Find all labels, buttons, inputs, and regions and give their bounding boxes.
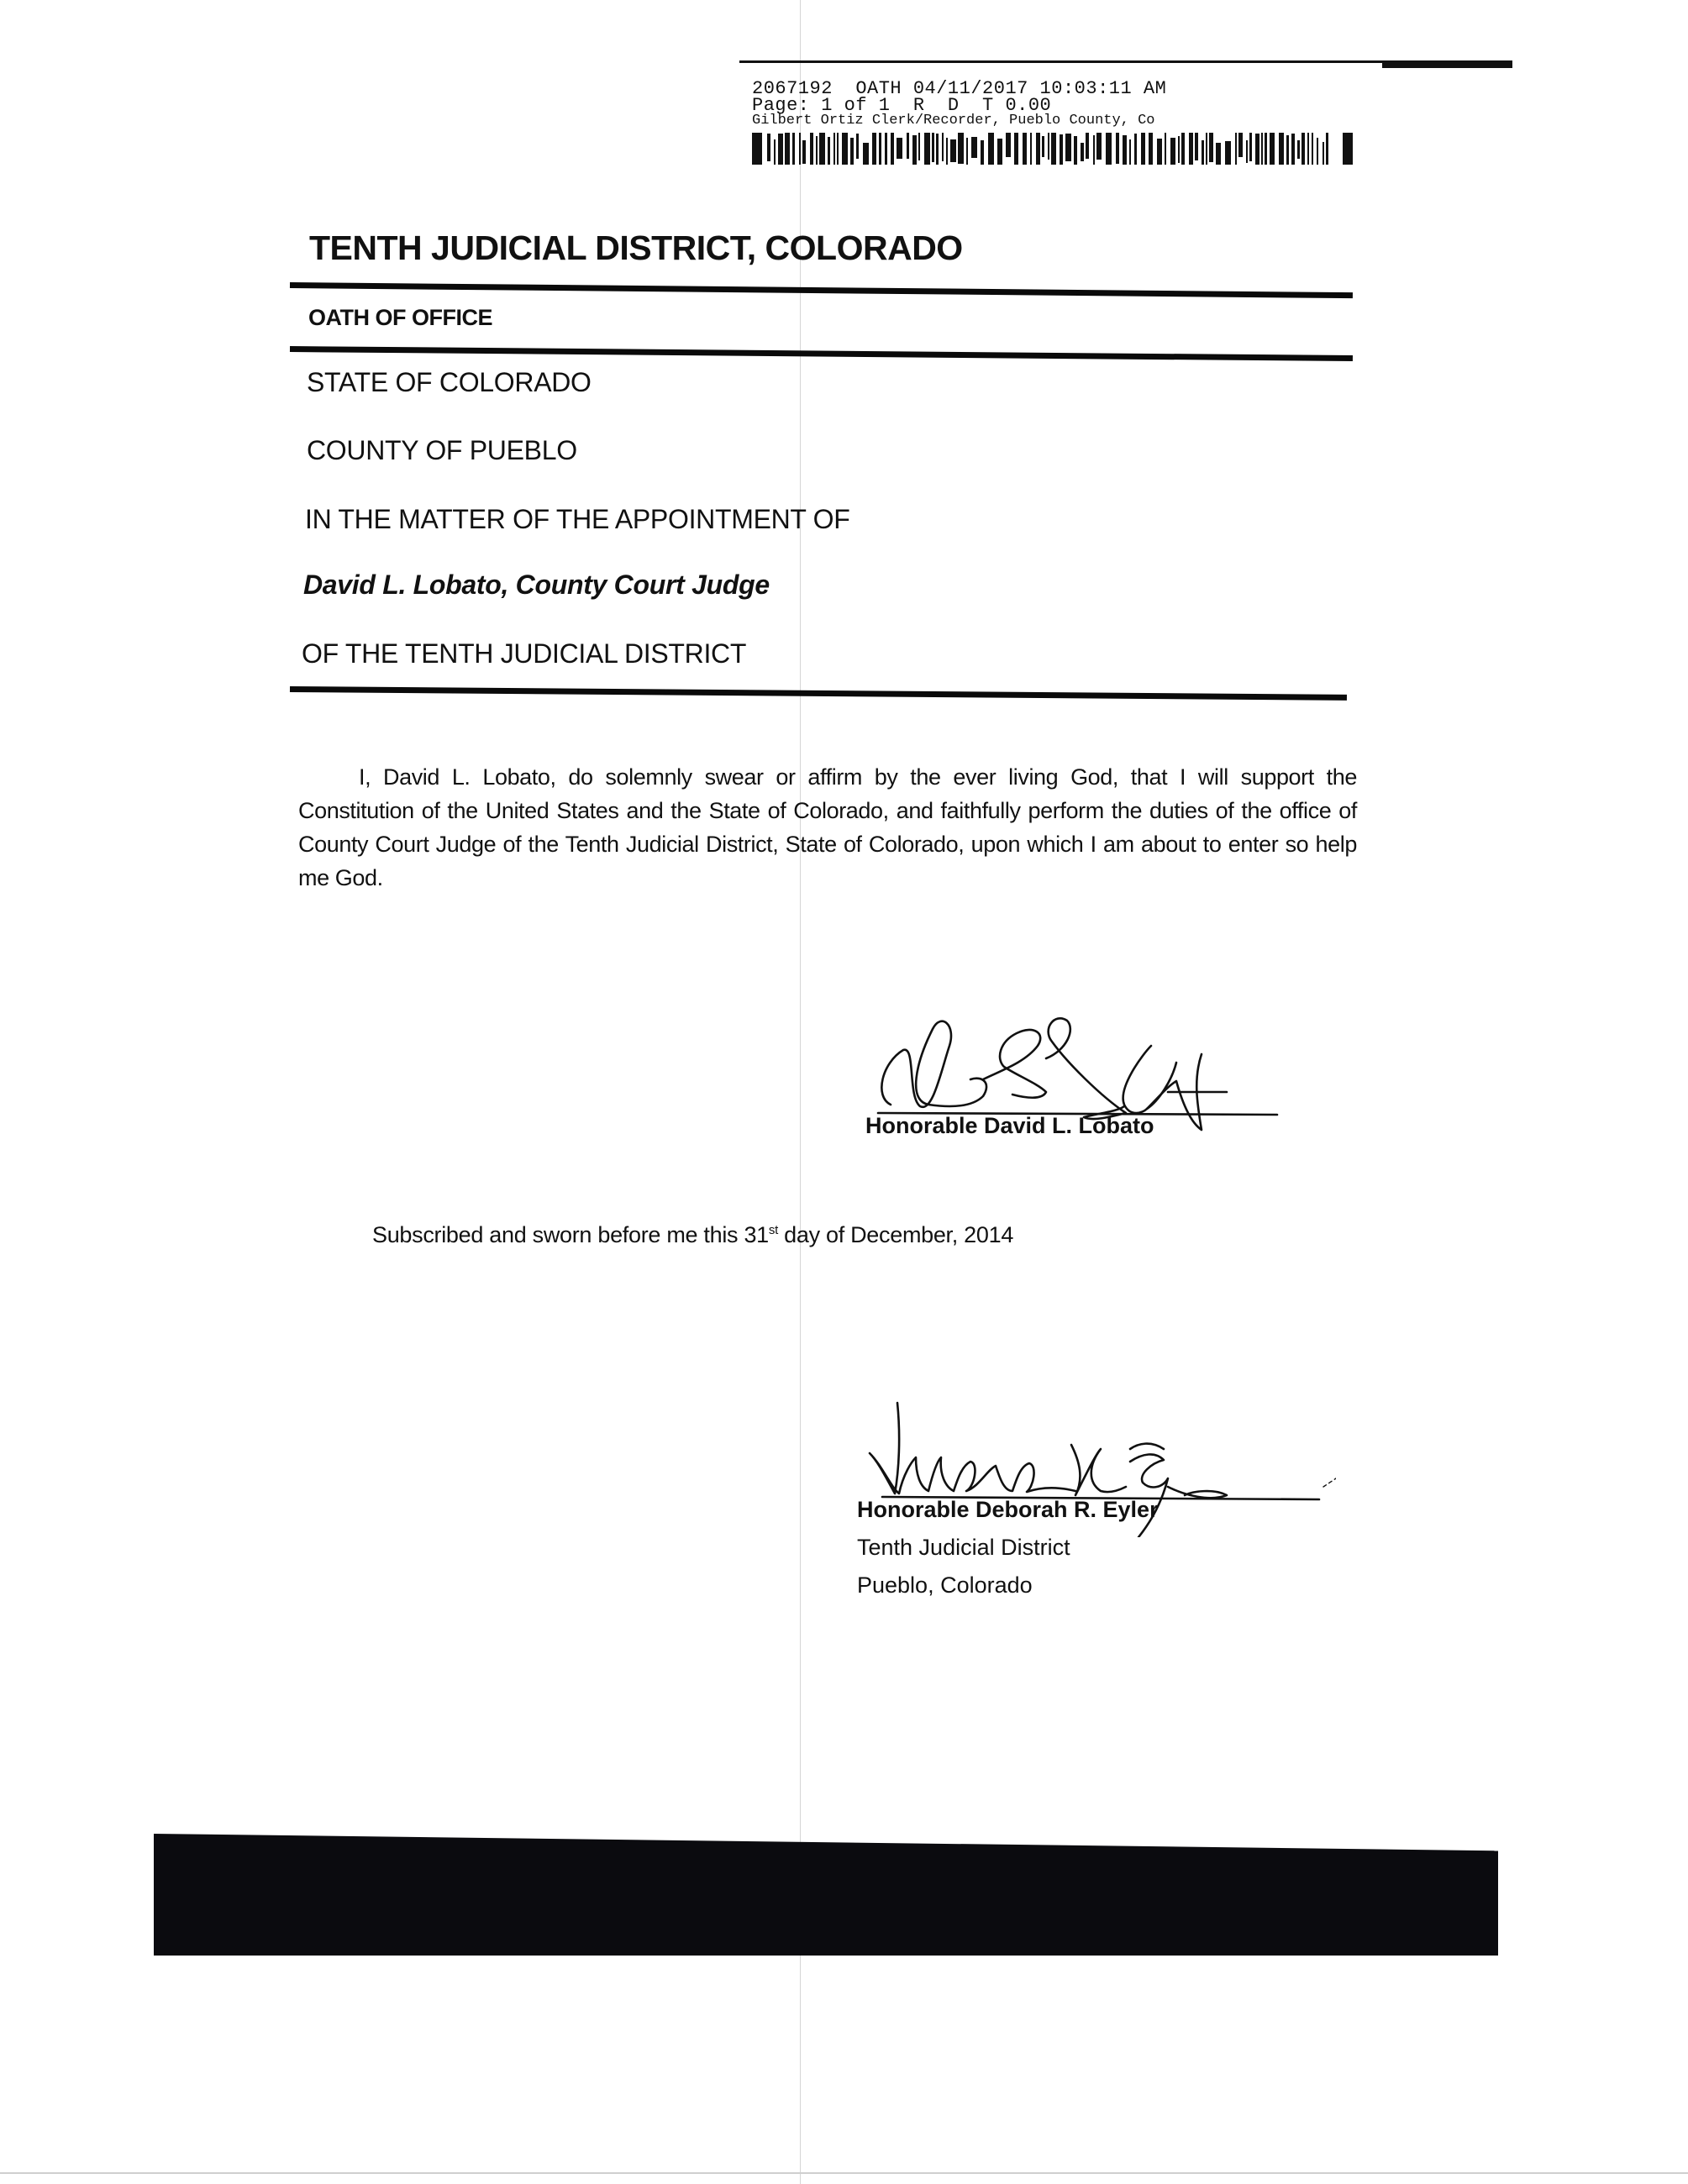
document-title: TENTH JUDICIAL DISTRICT, COLORADO: [309, 228, 963, 268]
oath-text: I, David L. Lobato, do solemnly swear or…: [298, 760, 1357, 895]
officiant-name: Honorable Deborah R. Eyler: [857, 1491, 1159, 1529]
officiant-block: Honorable Deborah R. Eyler Tenth Judicia…: [857, 1491, 1159, 1604]
redaction-bar: [154, 1834, 1498, 1956]
officiant-location: Pueblo, Colorado: [857, 1567, 1159, 1604]
caption-district: OF THE TENTH JUDICIAL DISTRICT: [302, 638, 746, 669]
title-rule: [290, 282, 1353, 298]
caption-matter: IN THE MATTER OF THE APPOINTMENT OF: [305, 504, 850, 535]
caption-state: STATE OF COLORADO: [307, 367, 592, 398]
caption-county: COUNTY OF PUEBLO: [307, 435, 577, 466]
sworn-statement: Subscribed and sworn before me this 31st…: [372, 1222, 1013, 1248]
barcode-icon: [752, 133, 1353, 165]
officiant-district: Tenth Judicial District: [857, 1529, 1159, 1567]
scan-page-edge: [0, 2172, 1688, 2174]
stamp-rule-end: [1382, 60, 1512, 68]
section-rule: [290, 346, 1353, 361]
recording-stamp: 2067192 OATH 04/11/2017 10:03:11 AM Page…: [752, 81, 1166, 128]
section-heading: OATH OF OFFICE: [308, 305, 492, 331]
stamp-recorder-line: Gilbert Ortiz Clerk/Recorder, Pueblo Cou…: [752, 114, 1166, 128]
sworn-ordinal: st: [769, 1223, 778, 1237]
oath-body: I, David L. Lobato, do solemnly swear or…: [298, 760, 1357, 895]
sworn-suffix: day of December, 2014: [778, 1222, 1013, 1247]
sworn-prefix: Subscribed and sworn before me this 31: [372, 1222, 769, 1247]
caption-appointee: David L. Lobato, County Court Judge: [303, 570, 770, 601]
caption-rule: [290, 686, 1347, 701]
signatory-name: Honorable David L. Lobato: [865, 1113, 1154, 1139]
stamp-page-line: Page: 1 of 1 R D T 0.00: [752, 97, 1166, 114]
